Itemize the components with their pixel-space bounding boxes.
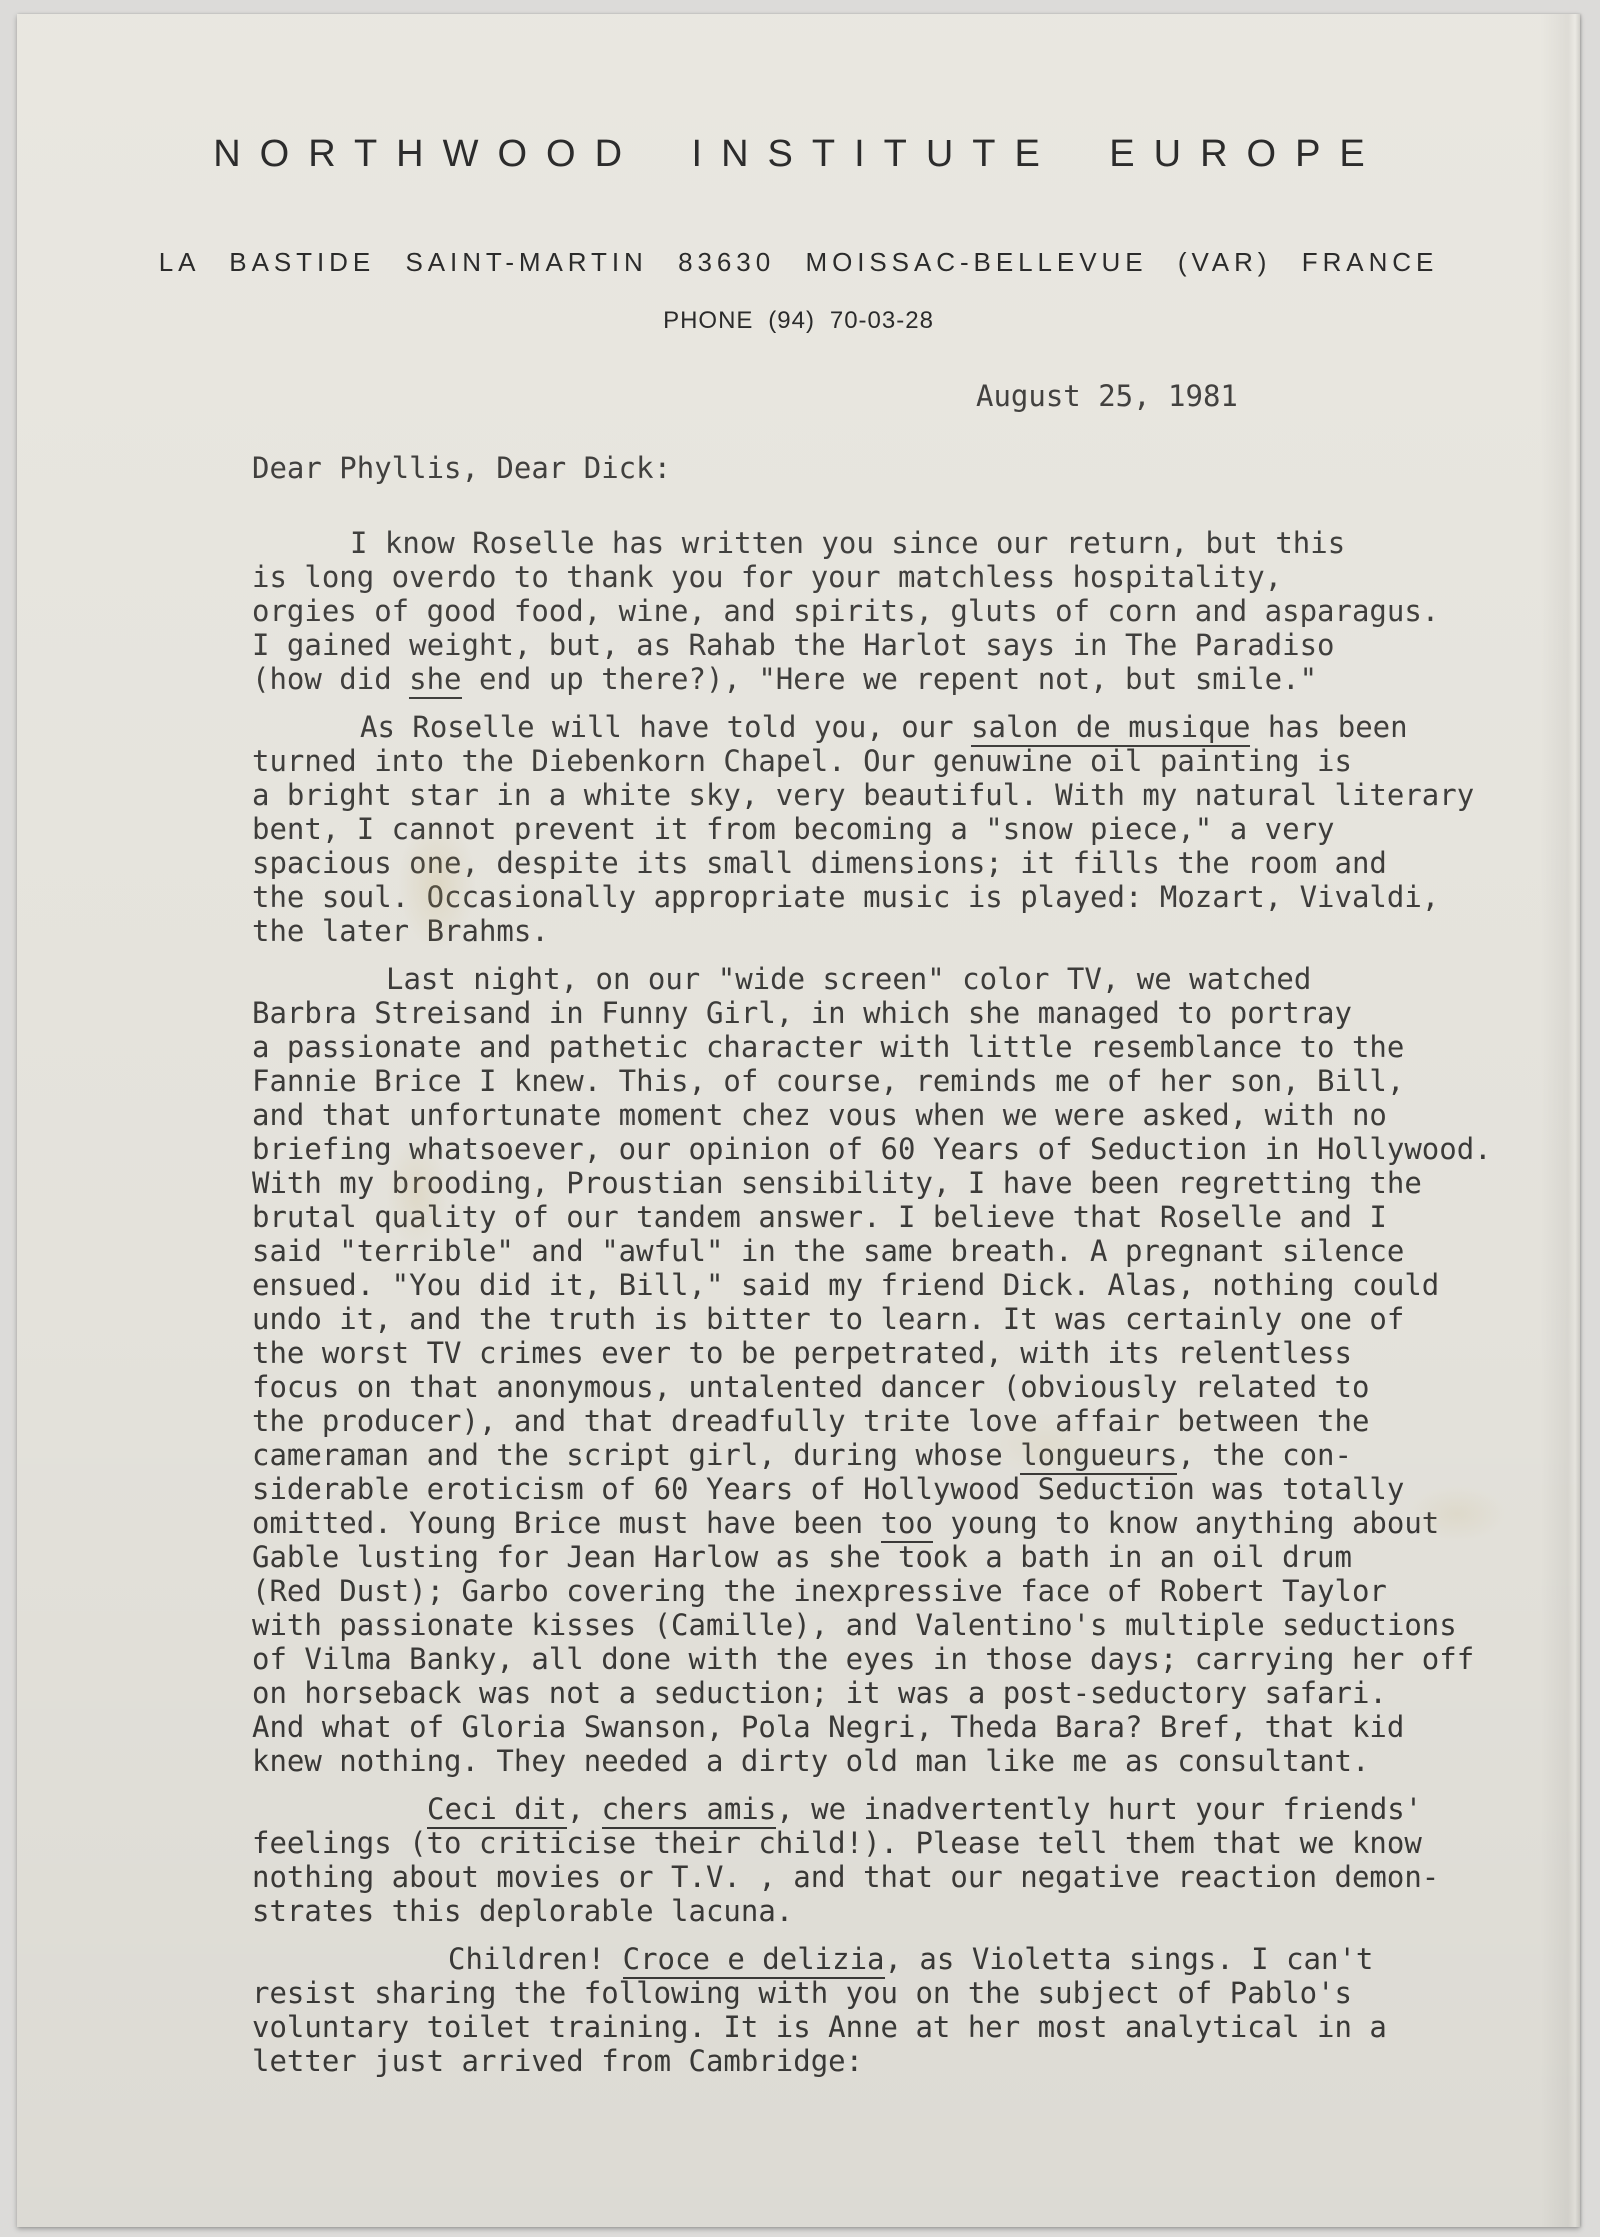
typed-text: end up there?), "Here we repent not, but… bbox=[462, 662, 1318, 696]
letter-paragraph: Last night, on our "wide screen" color T… bbox=[252, 962, 1572, 1778]
letter-paragraph: I know Roselle has written you since our… bbox=[252, 526, 1572, 696]
underlined-text: chers amis bbox=[602, 1792, 777, 1829]
underlined-text: she bbox=[409, 662, 461, 699]
underlined-text: too bbox=[881, 1506, 933, 1543]
letter-paragraph: Children! Croce e delizia, as Violetta s… bbox=[252, 1942, 1572, 2078]
letter-body: I know Roselle has written you since our… bbox=[252, 526, 1572, 2078]
typed-text: As Roselle will have told you, our bbox=[360, 710, 971, 744]
letterhead-org-name: NORTHWOOD INSTITUTE EUROPE bbox=[17, 14, 1580, 176]
typed-text: Children! bbox=[448, 1942, 623, 1976]
letter-paper: NORTHWOOD INSTITUTE EUROPE LA BASTIDE SA… bbox=[17, 14, 1580, 2227]
typed-text: Last night, on our "wide screen" color T… bbox=[252, 962, 1492, 1472]
letter-paragraph: As Roselle will have told you, our salon… bbox=[252, 710, 1572, 948]
underlined-text: Croce e delizia bbox=[623, 1942, 885, 1979]
typed-text: has been turned into the Diebenkorn Chap… bbox=[252, 710, 1474, 948]
underlined-text: Ceci dit bbox=[427, 1792, 567, 1829]
letter-salutation: Dear Phyllis, Dear Dick: bbox=[252, 450, 1580, 486]
typed-text: young to know anything about Gable lusti… bbox=[252, 1506, 1474, 1778]
underlined-text: longueurs bbox=[1020, 1438, 1177, 1475]
letter-paragraph: Ceci dit, chers amis, we inadvertently h… bbox=[252, 1792, 1572, 1928]
letterhead-phone: PHONE (94) 70-03-28 bbox=[17, 306, 1580, 336]
typed-text: , bbox=[567, 1792, 602, 1826]
underlined-text: salon de musique bbox=[971, 710, 1250, 747]
letter-date: August 25, 1981 bbox=[976, 378, 1580, 414]
letterhead-address: LA BASTIDE SAINT-MARTIN 83630 MOISSAC-BE… bbox=[17, 246, 1580, 278]
letterhead: NORTHWOOD INSTITUTE EUROPE LA BASTIDE SA… bbox=[17, 14, 1580, 336]
